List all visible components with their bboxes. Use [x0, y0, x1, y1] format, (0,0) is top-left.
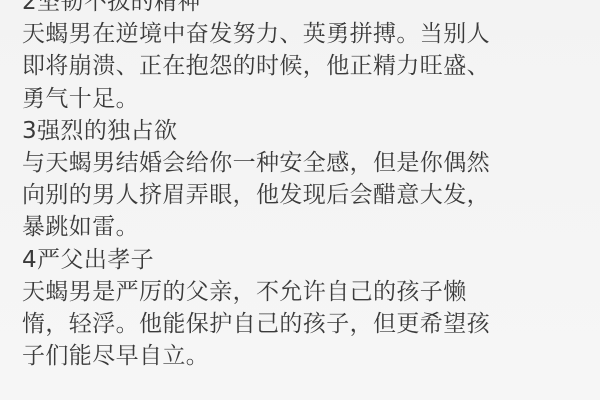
paragraph-line: 天蝎男是严厉的父亲，不允许自己的孩子懒 — [22, 276, 592, 308]
paragraph-line: 勇气十足。 — [22, 83, 592, 115]
paragraph-line: 与天蝎男结婚会给你一种安全感，但是你偶然 — [22, 147, 592, 179]
paragraph-line: 暴跳如雷。 — [22, 211, 592, 243]
paragraph-line: 即将崩溃、正在抱怨的时候，他正精力旺盛、 — [22, 50, 592, 82]
section-heading-3: 3强烈的独占欲 — [22, 115, 592, 147]
section-heading-4: 4严父出孝子 — [22, 244, 592, 276]
paragraph-line: 天蝎男在逆境中奋发努力、英勇拼搏。当别人 — [22, 18, 592, 50]
document-page: 2坚韧不拔的精神 天蝎男在逆境中奋发努力、英勇拼搏。当别人 即将崩溃、正在抱怨的… — [0, 0, 600, 400]
paragraph-line: 向别的男人挤眉弄眼，他发现后会醋意大发， — [22, 179, 592, 211]
paragraph-line: 子们能尽早自立。 — [22, 340, 592, 372]
paragraph-line: 惰，轻浮。他能保护自己的孩子，但更希望孩 — [22, 308, 592, 340]
text-body: 2坚韧不拔的精神 天蝎男在逆境中奋发努力、英勇拼搏。当别人 即将崩溃、正在抱怨的… — [22, 0, 592, 372]
section-heading-2: 2坚韧不拔的精神 — [22, 0, 592, 18]
